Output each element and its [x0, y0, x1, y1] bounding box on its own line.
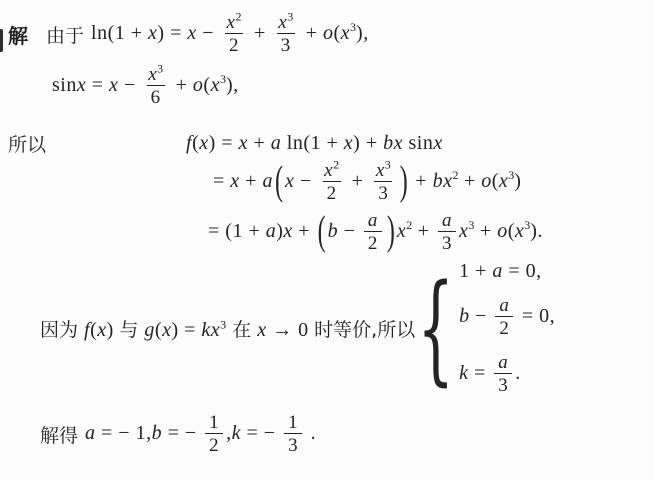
- cropped-glyph-artifact: [0, 29, 3, 52]
- line-equivalence-system: 因为 f(x) 与 g(x) = kx3 在 x → 0 时等价,所以 { 1 …: [40, 260, 555, 396]
- equation-ln-expansion: ln(1 + x) = x − x22 + x33 + o(x3),: [91, 12, 369, 57]
- line-sin-expansion: sinx = x − x36 + o(x3),: [52, 64, 239, 109]
- system-equation-3: k = a3.: [459, 352, 521, 397]
- system-equation-1: 1 + a = 0,: [459, 260, 542, 283]
- line-fx-substituted: = x + a(x − x22 + x33) + bx2 + o(x3): [213, 160, 521, 205]
- line-fx-definition: 所以 f(x) = x + a ln(1 + x) + bx sinx: [8, 130, 443, 157]
- conclude-label: 解得: [40, 421, 78, 448]
- line-ln-expansion: 解 由于 ln(1 + x) = x − x22 + x33 + o(x3),: [8, 12, 369, 57]
- equation-solution-values: a = − 1,b = − 12,k = − 13 .: [85, 412, 316, 457]
- equivalence-reason-text: 因为 f(x) 与 g(x) = kx3 在 x → 0 时等价,所以: [40, 315, 415, 342]
- line-fx-collected: = (1 + a)x + (b − a2)x2 + a3x3 + o(x3).: [208, 210, 543, 255]
- equation-system: { 1 + a = 0, b − a2 = 0, k = a3.: [417, 260, 555, 396]
- therefore-label: 所以: [8, 130, 46, 157]
- line-solution-values: 解得 a = − 1,b = − 12,k = − 13 .: [40, 412, 316, 457]
- curly-brace-icon: {: [417, 269, 454, 388]
- solve-heading: 解: [8, 20, 28, 49]
- equation-fx-definition: f(x) = x + a ln(1 + x) + bx sinx: [186, 132, 443, 155]
- since-label: 由于: [46, 21, 84, 48]
- system-equation-2: b − a2 = 0,: [459, 295, 555, 340]
- equation-fx-substituted: = x + a(x − x22 + x33) + bx2 + o(x3): [213, 160, 521, 205]
- scanned-math-solution-page: 解 由于 ln(1 + x) = x − x22 + x33 + o(x3), …: [0, 0, 654, 479]
- system-equations-column: 1 + a = 0, b − a2 = 0, k = a3.: [459, 260, 555, 396]
- equation-sin-expansion: sinx = x − x36 + o(x3),: [52, 64, 239, 109]
- equation-fx-collected: = (1 + a)x + (b − a2)x2 + a3x3 + o(x3).: [208, 210, 543, 255]
